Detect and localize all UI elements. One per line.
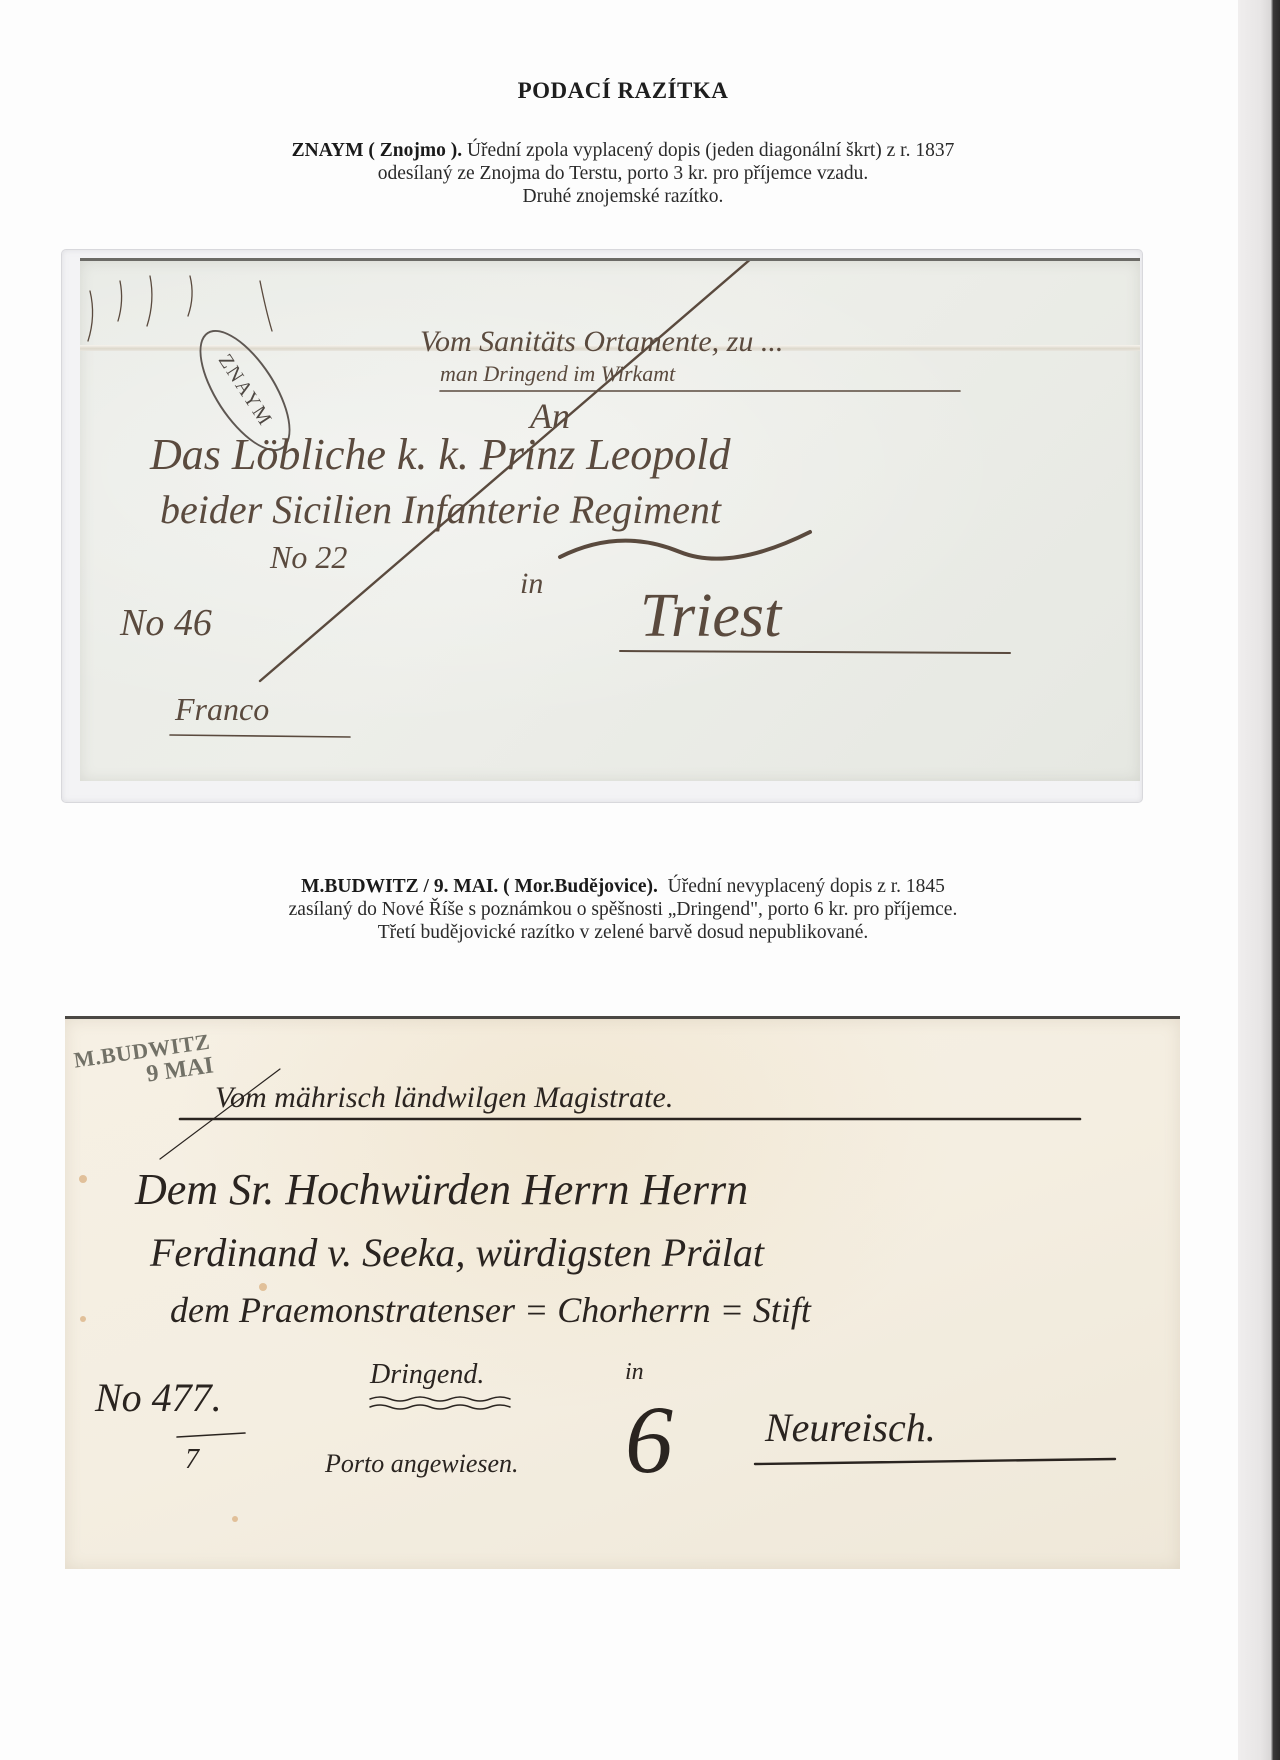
item-1-line-1: ZNAYM ( Znojmo ). Úřední zpola vyplacený… [150,139,1096,162]
item-2-heading: M.BUDWITZ / 9. MAI. ( Mor.Budějovice). [301,876,658,897]
porto-note: Porto angewiesen. [325,1449,519,1479]
page-title: PODACÍ RAZÍTKA [0,78,1246,104]
item-1-line-2: odesílaný ze Znojma do Terstu, porto 3 k… [150,162,1096,185]
item-2-line-1: M.BUDWITZ / 9. MAI. ( Mor.Budějovice). Ú… [150,875,1096,898]
address-line-1: Dem Sr. Hochwürden Herrn Herrn [135,1164,748,1215]
item-1-description: ZNAYM ( Znojmo ). Úřední zpola vyplacený… [150,139,1096,208]
item-2-line-3: Třetí budějovické razítko v zelené barvě… [150,921,1096,944]
address-line-2: Ferdinand v. Seeka, würdigsten Prälat [150,1229,764,1276]
number-46: No 46 [120,601,212,645]
franco-note: Franco [175,691,269,728]
address-line-2: beider Sicilien Infanterie Regiment [160,486,721,533]
item-1-letter: ZNAYM Vom Sanitäts Ortamente, zu ... man… [80,258,1140,781]
handwriting-line-1: Vom mährisch ländwilgen Magistrate. [215,1081,673,1115]
sub-number: 7 [185,1444,199,1476]
item-1-line-3: Druhé znojemské razítko. [150,185,1096,208]
destination-triest: Triest [640,581,781,652]
handwriting-line-1: Vom Sanitäts Ortamente, zu ... [420,325,783,359]
address-line-1: Das Löbliche k. k. Prinz Leopold [150,429,731,480]
binder-edge [1238,0,1280,1760]
item-1-heading: ZNAYM ( Znojmo ). [292,140,462,161]
in-label: in [520,567,543,601]
destination-neureisch: Neureisch. [765,1404,936,1451]
number-22: No 22 [270,539,347,576]
item-2-letter: M.BUDWITZ 9 MAI Vom mährisch ländwilgen … [65,1016,1180,1569]
porto-figure-6: 6 [625,1384,673,1495]
in-label: in [625,1359,644,1386]
number-477: No 477. [95,1374,222,1421]
dringend-note: Dringend. [370,1359,484,1391]
address-line-3: dem Praemonstratenser = Chorherrn = Stif… [170,1289,811,1331]
item-2-line-2: zasílaný do Nové Říše s poznámkou o spěš… [150,898,1096,921]
item-2-description: M.BUDWITZ / 9. MAI. ( Mor.Budějovice). Ú… [150,875,1096,944]
handwriting-line-2: man Dringend im Wirkamt [440,361,675,387]
